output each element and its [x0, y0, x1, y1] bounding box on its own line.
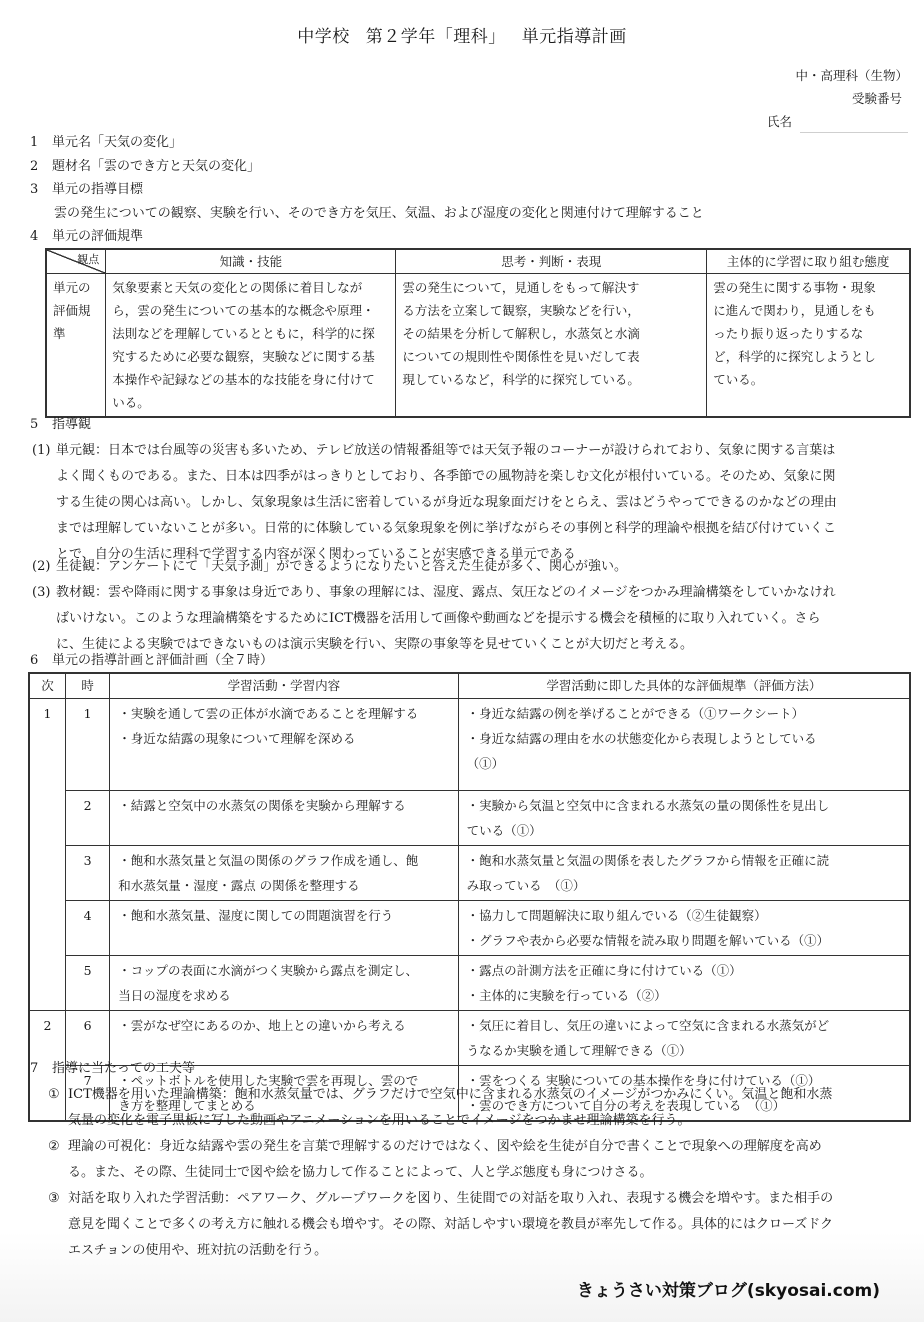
section-text: 単元の指導目標 — [52, 182, 143, 197]
rubric-header-thinking: 思考・判断・表現 — [396, 249, 707, 274]
plan-table: 次 時 学習活動・学習内容 学習活動に即した具体的な評価規準（評価方法） 1 1… — [28, 672, 911, 1122]
plan-row: 5 ・コップの表面に水滴がつく実験から露点を測定し、 当日の湿度を求める ・露点… — [29, 956, 910, 1011]
section-3-goal-heading: 3単元の指導目標 — [30, 179, 143, 201]
plan-header-period: 時 — [65, 673, 109, 699]
exam-number-label: 受験番号 — [767, 87, 908, 110]
activity-line: ・実験を通して雲の正体が水滴であることを理解する — [118, 701, 449, 726]
corner-label: 観点 — [77, 250, 99, 270]
page-title: 中学校第２学年「理科」単元指導計画 — [0, 22, 924, 47]
activity-line: 和水蒸気量・湿度・露点 の関係を整理する — [118, 873, 449, 898]
cell-line: ている。 — [713, 368, 903, 391]
activity-line: ・結露と空気中の水蒸気の関係を実験から理解する — [118, 793, 449, 818]
examinee-info: 中・高理科（生物） 受験番号 氏名 — [767, 64, 908, 133]
idea-line: る。また、その際、生徒同士で図や絵を協力して作ることによって、人と学ぶ態度も身に… — [68, 1160, 898, 1186]
plan-activity-cell: ・コップの表面に水滴がつく実験から露点を測定し、 当日の湿度を求める — [110, 956, 458, 1011]
view-line: する生徒の関心は高い。しかし、気象現象は生活に密着しているが身近な現象面だけをと… — [56, 490, 902, 516]
rubric-header-row: 観点 知識・技能 思考・判断・表現 主体的に学習に取り組む態度 — [46, 249, 910, 274]
view-unit: (1) 単元観：日本では台風等の災害も多いため、テレビ放送の情報番組等では天気予… — [32, 438, 902, 568]
view-line: 単元観：日本では台風等の災害も多いため、テレビ放送の情報番組等では天気予報のコー… — [56, 438, 902, 464]
evaluation-line: ている（①） — [467, 818, 901, 843]
view-line: 教材観：雲や降雨に関する事象は身近であり、事象の理解には、湿度、露点、気圧などの… — [56, 580, 902, 606]
name-row: 氏名 — [767, 110, 908, 133]
evaluation-line: うなるか実験を通して理解できる（①） — [467, 1038, 901, 1063]
section-number: 5 — [30, 414, 52, 436]
view-line: よく聞くものである。また、日本は四季がはっきりとしており、各季節での風物詩を楽し… — [56, 464, 902, 490]
section-6-plan-heading: 6単元の指導計画と評価計画（全７時） — [30, 650, 273, 672]
plan-activity-cell: ・飽和水蒸気量、湿度に関しての問題演習を行う — [110, 901, 458, 956]
cell-line: に進んで関わり，見通しをも — [713, 299, 903, 322]
cell-line: 気象要素と天気の変化との関係に着目しなが — [112, 276, 389, 299]
plan-row: 1 1 ・実験を通して雲の正体が水滴であることを理解する ・身近な結露の現象につ… — [29, 699, 910, 791]
rubric-corner-cell: 観点 — [46, 249, 106, 274]
section-number: 7 — [30, 1058, 52, 1080]
plan-period-cell: 3 — [65, 846, 109, 901]
plan-evaluation-cell: ・協力して問題解決に取り組んでいる（②生徒観察） ・グラフや表から必要な情報を読… — [458, 901, 910, 956]
view-students: (2) 生徒観：アンケートにて「天気予測」ができるようになりたいと答えた生徒が多… — [32, 554, 902, 580]
section-2-topic-name: 2題材名「雲のでき方と天気の変化」 — [30, 156, 260, 178]
section-text: 題材名「雲のでき方と天気の変化」 — [52, 159, 260, 174]
idea-line: ICT機器を用いた理論構築：飽和水蒸気量では、グラフだけで空気中に含まれる水蒸気… — [68, 1082, 898, 1108]
section-number: 6 — [30, 650, 52, 672]
plan-activity-cell: ・実験を通して雲の正体が水滴であることを理解する ・身近な結露の現象について理解… — [110, 699, 458, 791]
title-plan: 単元指導計画 — [522, 27, 627, 47]
subject-label: 中・高理科（生物） — [767, 64, 908, 87]
idea-visualization: ② 理論の可視化：身近な結露や雲の発生を言葉で理解するのだけではなく、図や絵を生… — [48, 1134, 898, 1186]
view-label: (2) — [32, 554, 50, 580]
evaluation-line: み取っている （①） — [467, 873, 901, 898]
evaluation-line: ・協力して問題解決に取り組んでいる（②生徒観察） — [467, 903, 901, 928]
section-text: 単元の指導計画と評価計画（全７時） — [52, 653, 273, 668]
section-3-goal-body: 雲の発生についての観察、実験を行い、そのでき方を気圧、気温、および湿度の変化と関… — [54, 203, 704, 225]
section-text: 指導観 — [52, 417, 91, 432]
footer-brand: きょうさい対策ブログ(skyosai.com) — [577, 1276, 880, 1301]
activity-line: ・雲がなぜ空にあるのか、地上との違いから考える — [118, 1013, 449, 1038]
plan-period-cell: 4 — [65, 901, 109, 956]
cell-line: いる。 — [112, 391, 389, 414]
activity-line: ・コップの表面に水滴がつく実験から露点を測定し、 — [118, 958, 449, 983]
evaluation-line: ・身近な結露の例を挙げることができる（①ワークシート） — [467, 701, 901, 726]
plan-evaluation-cell: ・身近な結露の例を挙げることができる（①ワークシート） ・身近な結露の理由を水の… — [458, 699, 910, 791]
cell-line: 本操作や記録などの基本的な技能を身に付けて — [112, 368, 389, 391]
plan-activity-cell: ・飽和水蒸気量と気温の関係のグラフ作成を通し、飽 和水蒸気量・湿度・露点 の関係… — [110, 846, 458, 901]
cell-line: その結果を分析して解釈し，水蒸気と水滴 — [402, 322, 700, 345]
section-number: 1 — [30, 132, 52, 154]
evaluation-line: ・主体的に実験を行っている（②） — [467, 983, 901, 1008]
rubric-row: 単元の 評価規 準 気象要素と天気の変化との関係に着目しなが ら，雲の発生につい… — [46, 274, 910, 418]
view-body: 単元観：日本では台風等の災害も多いため、テレビ放送の情報番組等では天気予報のコー… — [32, 438, 902, 568]
idea-body: ICT機器を用いた理論構築：飽和水蒸気量では、グラフだけで空気中に含まれる水蒸気… — [48, 1082, 898, 1134]
plan-period-cell: 5 — [65, 956, 109, 1011]
activity-line: ・飽和水蒸気量、湿度に関しての問題演習を行う — [118, 903, 449, 928]
section-4-rubric-heading: 4単元の評価規準 — [30, 226, 143, 248]
plan-period-cell: 2 — [65, 791, 109, 846]
idea-body: 対話を取り入れた学習活動：ペアワーク、グループワークを図り、生徒間での対話を取り… — [48, 1186, 898, 1264]
plan-evaluation-cell: ・気圧に着目し、気圧の違いによって空気に含まれる水蒸気がど うなるか実験を通して… — [458, 1011, 910, 1066]
view-body: 生徒観：アンケートにて「天気予測」ができるようになりたいと答えた生徒が多く、関心… — [32, 554, 902, 580]
plan-header-activity: 学習活動・学習内容 — [110, 673, 458, 699]
plan-row: 4 ・飽和水蒸気量、湿度に関しての問題演習を行う ・協力して問題解決に取り組んで… — [29, 901, 910, 956]
idea-dialogue: ③ 対話を取り入れた学習活動：ペアワーク、グループワークを図り、生徒間での対話を… — [48, 1186, 898, 1264]
view-line: までは理解していないことが多い。日常的に体験している気象現象を例に挙げながらその… — [56, 516, 902, 542]
idea-line: 気量の変化を電子黒板に写した動画やアニメーションを用いることでイメージをつかませ… — [68, 1108, 898, 1134]
section-7-ideas-heading: 7指導に当たっての工夫等 — [30, 1058, 195, 1080]
cell-line: 究するために必要な観察，実験などに関する基 — [112, 345, 389, 368]
section-number: 3 — [30, 179, 52, 201]
cell-line: 雲の発生について，見通しをもって解決す — [402, 276, 700, 299]
cell-line: 現しているなど，科学的に探究している。 — [402, 368, 700, 391]
row-label-line: 評価規 — [53, 299, 99, 322]
rubric-header-knowledge: 知識・技能 — [106, 249, 396, 274]
cell-line: ら，雲の発生についての基本的な概念や原理・ — [112, 299, 389, 322]
cell-line: ったり振り返ったりするな — [713, 322, 903, 345]
rubric-cell-attitude: 雲の発生に関する事物・現象 に進んで関わり，見通しをも ったり振り返ったりするな… — [707, 274, 910, 418]
cell-line: についての規則性や関係性を見いだして表 — [402, 345, 700, 368]
plan-header-row: 次 時 学習活動・学習内容 学習活動に即した具体的な評価規準（評価方法） — [29, 673, 910, 699]
idea-line: 対話を取り入れた学習活動：ペアワーク、グループワークを図り、生徒間での対話を取り… — [68, 1186, 898, 1212]
idea-line: エスチョンの使用や、班対抗の活動を行う。 — [68, 1238, 898, 1264]
section-1-unit-name: 1単元名「天気の変化」 — [30, 132, 182, 154]
plan-header-phase: 次 — [29, 673, 65, 699]
idea-marker: ② — [48, 1134, 60, 1160]
section-5-views-heading: 5指導観 — [30, 414, 91, 436]
plan-row: 3 ・飽和水蒸気量と気温の関係のグラフ作成を通し、飽 和水蒸気量・湿度・露点 の… — [29, 846, 910, 901]
plan-phase-cell: 1 — [29, 699, 65, 1011]
plan-header-evaluation: 学習活動に即した具体的な評価規準（評価方法） — [458, 673, 910, 699]
activity-line: ・身近な結露の現象について理解を深める — [118, 726, 449, 751]
view-materials: (3) 教材観：雲や降雨に関する事象は身近であり、事象の理解には、湿度、露点、気… — [32, 580, 902, 658]
evaluation-line: ・露点の計測方法を正確に身に付けている（①） — [467, 958, 901, 983]
plan-period-cell: 1 — [65, 699, 109, 791]
row-label-line: 単元の — [53, 276, 99, 299]
name-label: 氏名 — [767, 110, 792, 133]
evaluation-line: ・気圧に着目し、気圧の違いによって空気に含まれる水蒸気がど — [467, 1013, 901, 1038]
view-label: (1) — [32, 438, 50, 464]
view-label: (3) — [32, 580, 50, 606]
rubric-header-attitude: 主体的に学習に取り組む態度 — [707, 249, 910, 274]
title-grade-subject: 第２学年「理科」 — [366, 27, 506, 47]
evaluation-line: ・グラフや表から必要な情報を読み取り問題を解いている（①） — [467, 928, 901, 953]
evaluation-line: ・身近な結露の理由を水の状態変化から表現しようとしている — [467, 726, 901, 751]
rubric-cell-knowledge: 気象要素と天気の変化との関係に着目しなが ら，雲の発生についての基本的な概念や原… — [106, 274, 396, 418]
row-label-line: 準 — [53, 322, 99, 345]
activity-line: 当日の湿度を求める — [118, 983, 449, 1008]
idea-marker: ③ — [48, 1186, 60, 1212]
plan-row: 2 ・結露と空気中の水蒸気の関係を実験から理解する ・実験から気温と空気中に含ま… — [29, 791, 910, 846]
section-text: 指導に当たっての工夫等 — [52, 1061, 195, 1076]
section-text: 単元の評価規準 — [52, 229, 143, 244]
plan-activity-cell: ・結露と空気中の水蒸気の関係を実験から理解する — [110, 791, 458, 846]
cell-line: る方法を立案して観察，実験などを行い， — [402, 299, 700, 322]
idea-ict: ① ICT機器を用いた理論構築：飽和水蒸気量では、グラフだけで空気中に含まれる水… — [48, 1082, 898, 1134]
rubric-cell-thinking: 雲の発生について，見通しをもって解決す る方法を立案して観察，実験などを行い， … — [396, 274, 707, 418]
evaluation-line: ・実験から気温と空気中に含まれる水蒸気の量の関係性を見出し — [467, 793, 901, 818]
rubric-row-label: 単元の 評価規 準 — [46, 274, 106, 418]
section-number: 2 — [30, 156, 52, 178]
idea-marker: ① — [48, 1082, 60, 1108]
view-line: 生徒観：アンケートにて「天気予測」ができるようになりたいと答えた生徒が多く、関心… — [56, 554, 902, 580]
idea-line: 理論の可視化：身近な結露や雲の発生を言葉で理解するのだけではなく、図や絵を生徒が… — [68, 1134, 898, 1160]
cell-line: ど，科学的に探究しようとし — [713, 345, 903, 368]
plan-evaluation-cell: ・実験から気温と空気中に含まれる水蒸気の量の関係性を見出し ている（①） — [458, 791, 910, 846]
evaluation-line: （①） — [467, 751, 901, 776]
plan-evaluation-cell: ・飽和水蒸気量と気温の関係を表したグラフから情報を正確に読 み取っている （①） — [458, 846, 910, 901]
idea-line: 意見を聞くことで多くの考え方に触れる機会も増やす。その際、対話しやすい環境を教員… — [68, 1212, 898, 1238]
view-body: 教材観：雲や降雨に関する事象は身近であり、事象の理解には、湿度、露点、気圧などの… — [32, 580, 902, 658]
section-number: 4 — [30, 226, 52, 248]
title-school: 中学校 — [297, 27, 350, 47]
section-text: 単元名「天気の変化」 — [52, 135, 182, 150]
plan-evaluation-cell: ・露点の計測方法を正確に身に付けている（①） ・主体的に実験を行っている（②） — [458, 956, 910, 1011]
evaluation-line: ・飽和水蒸気量と気温の関係を表したグラフから情報を正確に読 — [467, 848, 901, 873]
cell-line: 法則などを理解しているとともに，科学的に探 — [112, 322, 389, 345]
idea-body: 理論の可視化：身近な結露や雲の発生を言葉で理解するのだけではなく、図や絵を生徒が… — [48, 1134, 898, 1186]
name-field — [800, 118, 908, 133]
rubric-table: 観点 知識・技能 思考・判断・表現 主体的に学習に取り組む態度 単元の 評価規 … — [45, 248, 911, 418]
cell-line: 雲の発生に関する事物・現象 — [713, 276, 903, 299]
view-line: ばいけない。このような理論構築をするためにICT機器を活用して画像や動画などを提… — [56, 606, 902, 632]
activity-line: ・飽和水蒸気量と気温の関係のグラフ作成を通し、飽 — [118, 848, 449, 873]
